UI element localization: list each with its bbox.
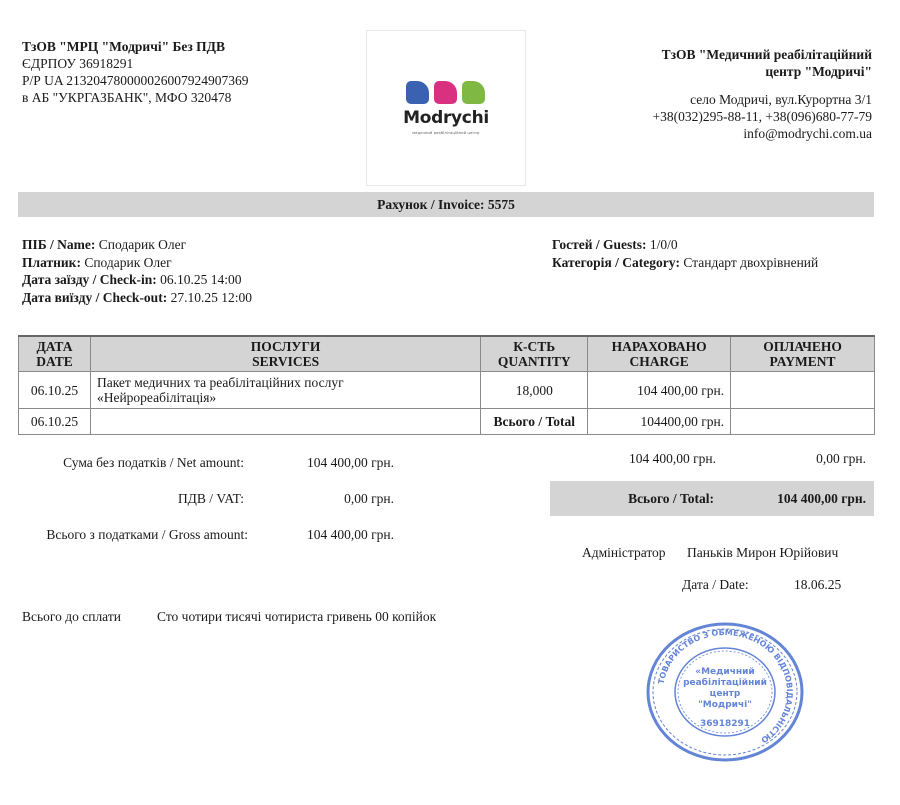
vat-value: 0,00 грн. bbox=[270, 491, 394, 507]
seller-account: Р/Р UA 213204780000026007924907369 bbox=[22, 72, 249, 89]
grand-total-label: Всього / Total: bbox=[550, 491, 714, 507]
checkin-row: Дата заїзду / Check-in: 06.10.25 14:00 bbox=[22, 271, 252, 289]
company-name: ТзОВ "Медичний реабілітаційний центр "Мо… bbox=[572, 46, 872, 80]
vat-label: ПДВ / VAT: bbox=[20, 491, 244, 507]
total-label: Всього / Total bbox=[481, 409, 588, 435]
category-row: Категорія / Category: Стандарт двохрівне… bbox=[552, 254, 818, 272]
company-phones: +38(032)295-88-11, +38(096)680-77-79 bbox=[572, 108, 872, 125]
col-quantity-header: К-СТЬQUANTITY bbox=[481, 336, 588, 372]
total-payment bbox=[731, 409, 875, 435]
logo-green-square-icon bbox=[462, 81, 485, 104]
invoice-title: Рахунок / Invoice: 5575 bbox=[18, 192, 874, 217]
stay-info: Гостей / Guests: 1/0/0 Категорія / Categ… bbox=[552, 236, 818, 271]
row-service: Пакет медичних та реабілітаційних послуг… bbox=[90, 372, 480, 409]
row-payment bbox=[731, 372, 875, 409]
guest-info: ПІБ / Name: Сподарик Олег Платник: Спода… bbox=[22, 236, 252, 306]
net-amount-label: Сума без податків / Net amount: bbox=[20, 455, 244, 471]
stamp-seal-icon: ТОВАРИСТВО З ОБМЕЖЕНОЮ ВІДПОВІДАЛЬНІСТЮ … bbox=[645, 622, 805, 762]
seller-bank: в АБ "УКРГАЗБАНК", МФО 320478 bbox=[22, 89, 249, 106]
paid-total: 0,00 грн. bbox=[730, 451, 866, 467]
svg-text:центр: центр bbox=[710, 689, 741, 699]
row-charge: 104 400,00 грн. bbox=[588, 372, 731, 409]
seller-details: ТзОВ "МРЦ "Модричі" Без ПДВ ЄДРПОУ 36918… bbox=[22, 38, 249, 106]
amount-words-label: Всього до сплати bbox=[22, 609, 121, 625]
svg-text:"Модричі": "Модричі" bbox=[698, 699, 752, 710]
seller-edrpou: ЄДРПОУ 36918291 bbox=[22, 55, 249, 72]
grand-total-box: Всього / Total: 104 400,00 грн. bbox=[550, 481, 874, 516]
total-date: 06.10.25 bbox=[19, 409, 91, 435]
company-email[interactable]: info@modrychi.com.ua bbox=[572, 125, 872, 142]
grand-total-value: 104 400,00 грн. bbox=[730, 491, 866, 507]
administrator-role: Адміністратор bbox=[582, 545, 666, 561]
svg-text:36918291: 36918291 bbox=[700, 719, 750, 729]
table-row: 06.10.25 Пакет медичних та реабілітаційн… bbox=[19, 372, 875, 409]
table-total-row: 06.10.25 Всього / Total 104400,00 грн. bbox=[19, 409, 875, 435]
logo-pink-square-icon bbox=[434, 81, 457, 104]
col-date-header: ДАТАDATE bbox=[19, 336, 91, 372]
table-header-row: ДАТАDATE ПОСЛУГИSERVICES К-СТЬQUANTITY Н… bbox=[19, 336, 875, 372]
col-payment-header: ОПЛАЧЕНОPAYMENT bbox=[731, 336, 875, 372]
guest-name-row: ПІБ / Name: Сподарик Олег bbox=[22, 236, 252, 254]
charged-total: 104 400,00 грн. bbox=[560, 451, 716, 467]
company-address: село Модричі, вул.Курортна 3/1 bbox=[572, 91, 872, 108]
company-logo: Modrychi медичний реабілітаційний центр bbox=[366, 30, 526, 186]
company-details: ТзОВ "Медичний реабілітаційний центр "Мо… bbox=[572, 46, 872, 142]
gross-amount-label: Всього з податками / Gross amount: bbox=[10, 527, 248, 543]
svg-text:«Медичний: «Медичний bbox=[695, 667, 754, 677]
company-stamp: ТОВАРИСТВО З ОБМЕЖЕНОЮ ВІДПОВІДАЛЬНІСТЮ … bbox=[645, 622, 805, 762]
guests-row: Гостей / Guests: 1/0/0 bbox=[552, 236, 818, 254]
col-services-header: ПОСЛУГИSERVICES bbox=[90, 336, 480, 372]
administrator-name: Паньків Мирон Юрійович bbox=[687, 545, 838, 561]
total-charge: 104400,00 грн. bbox=[588, 409, 731, 435]
amount-words-value: Сто чотири тисячі чотириста гривень 00 к… bbox=[157, 609, 436, 625]
payer-row: Платник: Сподарик Олег bbox=[22, 254, 252, 272]
row-quantity: 18,000 bbox=[481, 372, 588, 409]
col-charge-header: НАРАХОВАНОCHARGE bbox=[588, 336, 731, 372]
total-empty-cell bbox=[90, 409, 480, 435]
logo-tagline: медичний реабілітаційний центр bbox=[367, 131, 525, 135]
services-table: ДАТАDATE ПОСЛУГИSERVICES К-СТЬQUANTITY Н… bbox=[18, 335, 875, 435]
svg-text:реабілітаційний: реабілітаційний bbox=[683, 677, 767, 688]
checkout-row: Дата виїзду / Check-out: 27.10.25 12:00 bbox=[22, 289, 252, 307]
date-value: 18.06.25 bbox=[794, 577, 841, 593]
logo-blue-square-icon bbox=[406, 81, 429, 104]
net-amount-value: 104 400,00 грн. bbox=[270, 455, 394, 471]
gross-amount-value: 104 400,00 грн. bbox=[270, 527, 394, 543]
logo-wordmark: Modrychi bbox=[367, 108, 525, 128]
row-date: 06.10.25 bbox=[19, 372, 91, 409]
seller-name: ТзОВ "МРЦ "Модричі" Без ПДВ bbox=[22, 38, 249, 55]
date-label: Дата / Date: bbox=[682, 577, 749, 593]
